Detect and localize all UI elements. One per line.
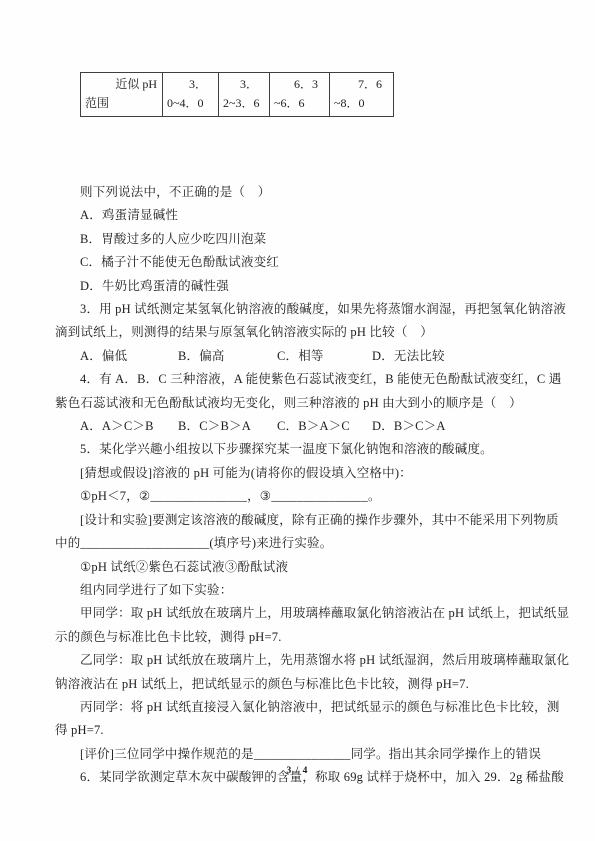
q4-stem-line2: 紫色石蕊试液和无色酚酞试液均无变化，则三种溶液的 pH 由大到小的顺序是（ ） <box>55 392 535 415</box>
q5-student-bing-line1: 丙同学：将 pH 试纸直接浸入氯化钠溶液中，把试纸显示的颜色与标准比色卡比较，测 <box>55 696 535 719</box>
q3-option-a: A．偏低 <box>80 345 178 368</box>
q5-evaluation: [评价]三位同学中操作规范的是_______________同学。指出其余同学操… <box>55 743 535 766</box>
q2-option-a: A．鸡蛋清显碱性 <box>55 204 535 227</box>
q2-option-d: D．牛奶比鸡蛋清的碱性强 <box>55 275 535 298</box>
ph-range-table: 近似 pH 范围 3． 0~4．0 3． 2~3．6 6．3 ~6．6 7．6 … <box>80 72 394 117</box>
q2-option-c: C．橘子汁不能使无色酚酞试液变红 <box>55 251 535 274</box>
q5-intro: 5．某化学兴趣小组按以下步骤探究某一温度下氯化钠饱和溶液的酸碱度。 <box>55 438 535 461</box>
ph-table-header-line1: 近似 pH <box>81 75 162 94</box>
ph-value-line1: 7．6 <box>330 75 393 94</box>
ph-table-cell-4: 7．6 ~8．0 <box>330 73 394 117</box>
ph-value-line2: ~8．0 <box>330 94 393 113</box>
ph-table-cell-header: 近似 pH 范围 <box>81 73 163 117</box>
ph-value-line1: 3． <box>163 75 218 94</box>
ph-table-cell-3: 6．3 ~6．6 <box>270 73 330 117</box>
q5-guess-blanks: ①pH＜7，②_______________，③_______________。 <box>55 485 535 508</box>
q3-stem-line1: 3．用 pH 试纸测定某氢氧化钠溶液的酸碱度，如果先将蒸馏水润湿，再把氢氧化钠溶… <box>55 298 535 321</box>
page-number: 3 / 4 <box>0 766 595 776</box>
q4-options: A．A＞C＞B B．C＞B＞A C．B＞A＞C D．B＞C＞A <box>55 415 535 438</box>
q4-stem-line1: 4．有 A．B．C 三种溶液，A 能使紫色石蕊试液变红，B 能使无色酚酞试液变红… <box>55 368 535 391</box>
ph-value-line2: 0~4．0 <box>163 94 218 113</box>
ph-table-cell-1: 3． 0~4．0 <box>163 73 219 117</box>
ph-value-line1: 3． <box>219 75 269 94</box>
q5-guess-label: [猜想或假设]溶液的 pH 可能为(请将你的假设填入空格中)： <box>55 462 535 485</box>
q3-stem-line2: 滴到试纸上，则测得的结果与原氢氧化钠溶液实际的 pH 比较（ ） <box>55 321 535 344</box>
ph-table-cell-2: 3． 2~3．6 <box>219 73 270 117</box>
q5-design-line2: 中的____________________(填序号)来进行实验。 <box>55 532 535 555</box>
ph-value-line2: 2~3．6 <box>219 94 269 113</box>
q4-option-d: D．B＞C＞A <box>372 415 535 438</box>
document-page: 近似 pH 范围 3． 0~4．0 3． 2~3．6 6．3 ~6．6 7．6 … <box>0 0 595 841</box>
q3-option-b: B．偏高 <box>178 345 277 368</box>
ph-value-line1: 6．3 <box>270 75 329 94</box>
q3-option-d: D．无法比较 <box>372 345 535 368</box>
q5-student-yi-line1: 乙同学：取 pH 试纸放在玻璃片上，先用蒸馏水将 pH 试纸湿润，然后用玻璃棒蘸… <box>55 649 535 672</box>
q4-option-c: C．B＞A＞C <box>277 415 372 438</box>
q5-design-line1: [设计和实验]要测定该溶液的酸碱度，除有正确的操作步骤外，其中不能采用下列物质 <box>55 509 535 532</box>
q2-stem: 则下列说法中，不正确的是（ ） <box>55 181 535 204</box>
q5-student-jia-line1: 甲同学：取 pH 试纸放在玻璃片上，用玻璃棒蘸取氯化钠溶液沾在 pH 试纸上，把… <box>55 602 535 625</box>
q2-option-b: B．胃酸过多的人应少吃四川泡菜 <box>55 228 535 251</box>
q4-option-a: A．A＞C＞B <box>80 415 178 438</box>
question-body: 则下列说法中，不正确的是（ ） A．鸡蛋清显碱性 B．胃酸过多的人应少吃四川泡菜… <box>55 181 535 790</box>
q3-options: A．偏低 B．偏高 C．相等 D．无法比较 <box>55 345 535 368</box>
q5-student-jia-line2: 示的颜色与标准比色卡比较，测得 pH=7. <box>55 626 535 649</box>
q4-option-b: B．C＞B＞A <box>178 415 277 438</box>
ph-table-header-line2: 范围 <box>81 94 162 113</box>
q5-experiment-intro: 组内同学进行了如下实验： <box>55 579 535 602</box>
q5-reagent-list: ①pH 试纸②紫色石蕊试液③酚酞试液 <box>55 556 535 579</box>
q5-student-yi-line2: 钠溶液沾在 pH 试纸上，把试纸显示的颜色与标准比色卡比较，测得 pH=7. <box>55 673 535 696</box>
ph-value-line2: ~6．6 <box>270 94 329 113</box>
q5-student-bing-line2: 得 pH=7. <box>55 719 535 742</box>
ph-table-row: 近似 pH 范围 3． 0~4．0 3． 2~3．6 6．3 ~6．6 7．6 … <box>81 73 394 117</box>
q3-option-c: C．相等 <box>277 345 372 368</box>
